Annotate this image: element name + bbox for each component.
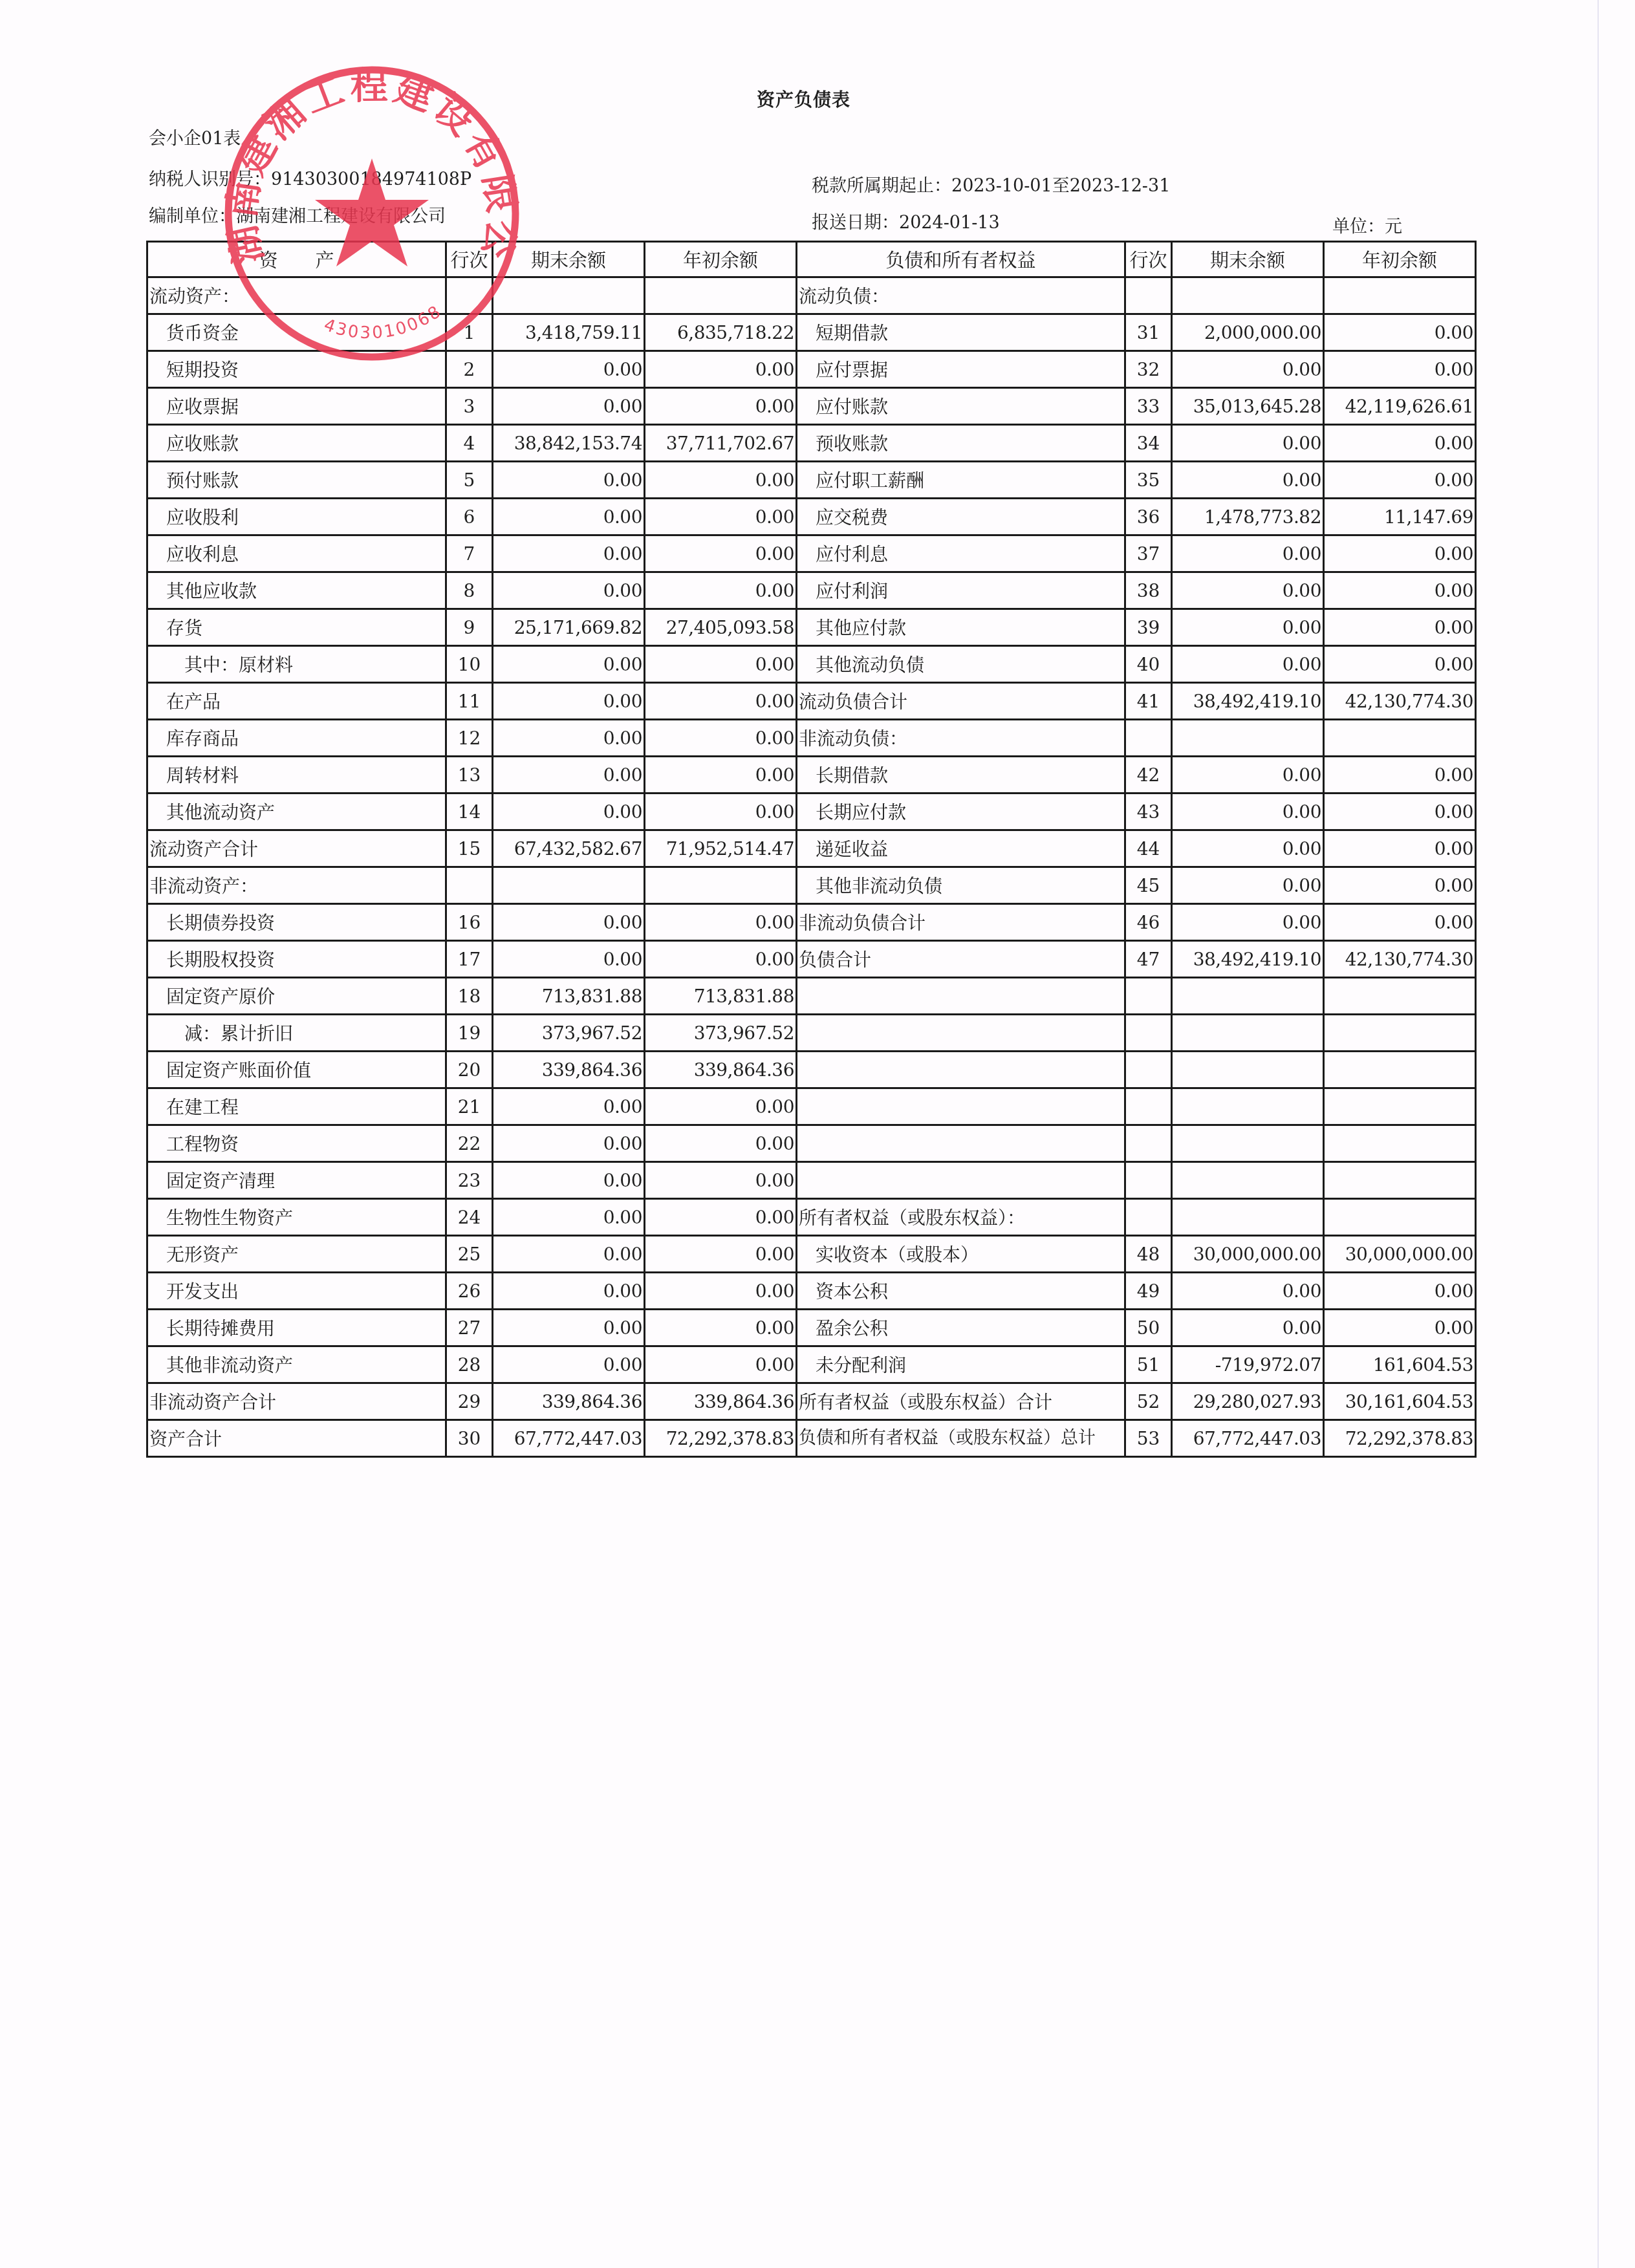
submit-date-label: 报送日期： — [812, 213, 899, 233]
asset-period-end: 0.00 — [493, 1162, 645, 1199]
liability-equity-year-begin — [1324, 720, 1476, 757]
asset-name: 存货 — [147, 609, 446, 646]
asset-year-begin: 0.00 — [645, 499, 797, 535]
asset-line-no: 17 — [446, 941, 493, 978]
liability-equity-line-no: 40 — [1125, 646, 1172, 683]
asset-year-begin: 0.00 — [645, 646, 797, 683]
asset-year-begin: 0.00 — [645, 1310, 797, 1346]
liability-equity-line-no — [1125, 978, 1172, 1015]
table-row: 工程物资220.000.00 — [147, 1125, 1476, 1162]
liability-equity-line-no — [1125, 1015, 1172, 1052]
liability-equity-year-begin: 0.00 — [1324, 535, 1476, 572]
asset-name: 应收票据 — [147, 388, 446, 425]
asset-line-no: 21 — [446, 1088, 493, 1125]
asset-line-no: 15 — [446, 830, 493, 867]
table-row: 其他流动资产140.000.00长期应付款430.000.00 — [147, 794, 1476, 830]
table-row: 在产品110.000.00流动负债合计4138,492,419.1042,130… — [147, 683, 1476, 720]
liability-equity-period-end: 0.00 — [1172, 757, 1324, 794]
asset-line-no: 20 — [446, 1052, 493, 1088]
liability-equity-period-end — [1172, 277, 1324, 314]
table-row: 长期待摊费用270.000.00盈余公积500.000.00 — [147, 1310, 1476, 1346]
liability-equity-name: 预收账款 — [797, 425, 1125, 462]
liability-equity-year-begin: 0.00 — [1324, 572, 1476, 609]
asset-period-end: 0.00 — [493, 388, 645, 425]
asset-period-end: 0.00 — [493, 757, 645, 794]
liability-equity-year-begin — [1324, 1199, 1476, 1236]
liability-equity-line-no: 43 — [1125, 794, 1172, 830]
header-year-begin-left: 年初余额 — [645, 242, 797, 277]
asset-period-end: 0.00 — [493, 720, 645, 757]
liability-equity-line-no — [1125, 1162, 1172, 1199]
liability-equity-name: 其他非流动负债 — [797, 867, 1125, 904]
liability-equity-year-begin: 0.00 — [1324, 1310, 1476, 1346]
liability-equity-year-begin: 0.00 — [1324, 425, 1476, 462]
liability-equity-period-end: 0.00 — [1172, 535, 1324, 572]
liability-equity-line-no — [1125, 277, 1172, 314]
asset-year-begin: 0.00 — [645, 1088, 797, 1125]
asset-line-no: 3 — [446, 388, 493, 425]
liability-equity-year-begin: 72,292,378.83 — [1324, 1420, 1476, 1457]
asset-line-no: 5 — [446, 462, 493, 499]
currency-unit: 单位：元 — [1332, 212, 1402, 237]
asset-name: 周转材料 — [147, 757, 446, 794]
header-period-end-right: 期末余额 — [1172, 242, 1324, 277]
liability-equity-name: 流动负债： — [797, 277, 1125, 314]
asset-name: 应收利息 — [147, 535, 446, 572]
liability-equity-year-begin: 0.00 — [1324, 830, 1476, 867]
asset-period-end: 0.00 — [493, 904, 645, 941]
liability-equity-name: 其他应付款 — [797, 609, 1125, 646]
liability-equity-year-begin — [1324, 1125, 1476, 1162]
liability-equity-year-begin: 11,147.69 — [1324, 499, 1476, 535]
asset-period-end: 0.00 — [493, 1088, 645, 1125]
asset-name: 开发支出 — [147, 1273, 446, 1310]
asset-line-no: 25 — [446, 1236, 493, 1273]
liability-equity-name: 实收资本（或股本） — [797, 1236, 1125, 1273]
asset-line-no: 7 — [446, 535, 493, 572]
liability-equity-line-no: 36 — [1125, 499, 1172, 535]
asset-line-no: 14 — [446, 794, 493, 830]
table-row: 存货925,171,669.8227,405,093.58其他应付款390.00… — [147, 609, 1476, 646]
liability-equity-line-no — [1125, 1052, 1172, 1088]
liability-equity-period-end: 0.00 — [1172, 572, 1324, 609]
liability-equity-line-no — [1125, 1125, 1172, 1162]
table-row: 应收票据30.000.00应付账款3335,013,645.2842,119,6… — [147, 388, 1476, 425]
table-row: 长期股权投资170.000.00负债合计4738,492,419.1042,13… — [147, 941, 1476, 978]
table-row: 短期投资20.000.00应付票据320.000.00 — [147, 351, 1476, 388]
asset-name: 库存商品 — [147, 720, 446, 757]
asset-line-no: 12 — [446, 720, 493, 757]
asset-name: 流动资产： — [147, 277, 446, 314]
asset-line-no: 27 — [446, 1310, 493, 1346]
asset-name: 应收账款 — [147, 425, 446, 462]
asset-name: 长期债券投资 — [147, 904, 446, 941]
liability-equity-period-end: 38,492,419.10 — [1172, 941, 1324, 978]
liability-equity-year-begin: 30,000,000.00 — [1324, 1236, 1476, 1273]
liability-equity-year-begin: 0.00 — [1324, 757, 1476, 794]
liability-equity-line-no: 31 — [1125, 314, 1172, 351]
liability-equity-name: 应付职工薪酬 — [797, 462, 1125, 499]
asset-period-end: 373,967.52 — [493, 1015, 645, 1052]
asset-line-no: 18 — [446, 978, 493, 1015]
asset-line-no — [446, 277, 493, 314]
liability-equity-line-no: 38 — [1125, 572, 1172, 609]
liability-equity-period-end: -719,972.07 — [1172, 1346, 1324, 1383]
liability-equity-year-begin: 0.00 — [1324, 314, 1476, 351]
asset-name: 长期股权投资 — [147, 941, 446, 978]
tax-period-value: 2023-10-01至2023-12-31 — [951, 176, 1170, 196]
liability-equity-name: 盈余公积 — [797, 1310, 1125, 1346]
asset-name: 固定资产原价 — [147, 978, 446, 1015]
asset-line-no: 8 — [446, 572, 493, 609]
asset-line-no: 24 — [446, 1199, 493, 1236]
table-row: 周转材料130.000.00长期借款420.000.00 — [147, 757, 1476, 794]
liability-equity-name: 应交税费 — [797, 499, 1125, 535]
prepared-by: 编制单位：湖南建湘工程建设有限公司 — [149, 202, 446, 227]
table-row: 流动资产合计1567,432,582.6771,952,514.47递延收益44… — [147, 830, 1476, 867]
liability-equity-period-end: 0.00 — [1172, 904, 1324, 941]
liability-equity-name: 未分配利润 — [797, 1346, 1125, 1383]
liability-equity-name — [797, 1052, 1125, 1088]
liability-equity-name: 所有者权益（或股东权益）： — [797, 1199, 1125, 1236]
asset-period-end: 713,831.88 — [493, 978, 645, 1015]
liability-equity-year-begin — [1324, 1052, 1476, 1088]
asset-line-no: 22 — [446, 1125, 493, 1162]
table-body: 流动资产：流动负债：货币资金13,418,759.116,835,718.22短… — [147, 277, 1476, 1457]
liability-equity-year-begin: 161,604.53 — [1324, 1346, 1476, 1383]
asset-period-end — [493, 277, 645, 314]
asset-period-end: 0.00 — [493, 535, 645, 572]
table-row: 货币资金13,418,759.116,835,718.22短期借款312,000… — [147, 314, 1476, 351]
liability-equity-name: 非流动负债： — [797, 720, 1125, 757]
asset-period-end: 25,171,669.82 — [493, 609, 645, 646]
taxpayer-id-value: 91430300184974108P — [271, 169, 471, 189]
liability-equity-name: 非流动负债合计 — [797, 904, 1125, 941]
liability-equity-line-no: 49 — [1125, 1273, 1172, 1310]
asset-name: 其他非流动资产 — [147, 1346, 446, 1383]
asset-year-begin: 0.00 — [645, 1346, 797, 1383]
table-row: 其他应收款80.000.00应付利润380.000.00 — [147, 572, 1476, 609]
table-header-row: 资 产 行次 期末余额 年初余额 负债和所有者权益 行次 期末余额 年初余额 — [147, 242, 1476, 277]
asset-name: 非流动资产： — [147, 867, 446, 904]
liability-equity-name: 流动负债合计 — [797, 683, 1125, 720]
asset-line-no: 6 — [446, 499, 493, 535]
liability-equity-period-end: 0.00 — [1172, 646, 1324, 683]
liability-equity-line-no: 32 — [1125, 351, 1172, 388]
liability-equity-name: 长期应付款 — [797, 794, 1125, 830]
liability-equity-line-no: 48 — [1125, 1236, 1172, 1273]
asset-name: 固定资产账面价值 — [147, 1052, 446, 1088]
liability-equity-year-begin — [1324, 1162, 1476, 1199]
asset-name: 短期投资 — [147, 351, 446, 388]
liability-equity-year-begin: 0.00 — [1324, 646, 1476, 683]
liability-equity-line-no: 42 — [1125, 757, 1172, 794]
asset-line-no: 13 — [446, 757, 493, 794]
asset-year-begin: 72,292,378.83 — [645, 1420, 797, 1457]
prepared-by-label: 编制单位： — [149, 206, 236, 226]
table-row: 应收账款438,842,153.7437,711,702.67预收账款340.0… — [147, 425, 1476, 462]
liability-equity-year-begin: 30,161,604.53 — [1324, 1383, 1476, 1420]
asset-period-end: 67,432,582.67 — [493, 830, 645, 867]
balance-sheet-table: 资 产 行次 期末余额 年初余额 负债和所有者权益 行次 期末余额 年初余额 流… — [146, 241, 1477, 1458]
liability-equity-period-end: 35,013,645.28 — [1172, 388, 1324, 425]
asset-year-begin: 0.00 — [645, 1236, 797, 1273]
liability-equity-name: 应付账款 — [797, 388, 1125, 425]
currency-unit-value: 元 — [1385, 217, 1402, 237]
asset-period-end: 67,772,447.03 — [493, 1420, 645, 1457]
liability-equity-year-begin: 0.00 — [1324, 794, 1476, 830]
asset-year-begin: 339,864.36 — [645, 1052, 797, 1088]
asset-name: 减：累计折旧 — [147, 1015, 446, 1052]
asset-name: 预付账款 — [147, 462, 446, 499]
asset-period-end: 0.00 — [493, 1125, 645, 1162]
asset-line-no: 19 — [446, 1015, 493, 1052]
asset-period-end: 0.00 — [493, 941, 645, 978]
liability-equity-year-begin: 42,130,774.30 — [1324, 941, 1476, 978]
asset-year-begin: 0.00 — [645, 1199, 797, 1236]
liability-equity-year-begin — [1324, 277, 1476, 314]
liability-equity-period-end: 38,492,419.10 — [1172, 683, 1324, 720]
liability-equity-period-end: 29,280,027.93 — [1172, 1383, 1324, 1420]
asset-name: 货币资金 — [147, 314, 446, 351]
liability-equity-line-no: 35 — [1125, 462, 1172, 499]
asset-period-end: 0.00 — [493, 1199, 645, 1236]
liability-equity-year-begin: 42,119,626.61 — [1324, 388, 1476, 425]
asset-year-begin: 373,967.52 — [645, 1015, 797, 1052]
asset-line-no: 16 — [446, 904, 493, 941]
asset-year-begin: 0.00 — [645, 904, 797, 941]
liability-equity-line-no: 37 — [1125, 535, 1172, 572]
asset-year-begin: 27,405,093.58 — [645, 609, 797, 646]
liability-equity-year-begin — [1324, 978, 1476, 1015]
liability-equity-name: 所有者权益（或股东权益）合计 — [797, 1383, 1125, 1420]
liability-equity-period-end: 0.00 — [1172, 425, 1324, 462]
liability-equity-period-end: 2,000,000.00 — [1172, 314, 1324, 351]
liability-equity-year-begin: 0.00 — [1324, 904, 1476, 941]
asset-year-begin: 0.00 — [645, 794, 797, 830]
asset-name: 长期待摊费用 — [147, 1310, 446, 1346]
asset-year-begin: 0.00 — [645, 572, 797, 609]
table-row: 流动资产：流动负债： — [147, 277, 1476, 314]
asset-period-end: 339,864.36 — [493, 1052, 645, 1088]
asset-period-end: 0.00 — [493, 1346, 645, 1383]
asset-period-end: 0.00 — [493, 794, 645, 830]
liability-equity-line-no — [1125, 1088, 1172, 1125]
asset-year-begin: 71,952,514.47 — [645, 830, 797, 867]
liability-equity-line-no: 41 — [1125, 683, 1172, 720]
asset-year-begin: 713,831.88 — [645, 978, 797, 1015]
asset-name: 固定资产清理 — [147, 1162, 446, 1199]
header-year-begin-right: 年初余额 — [1324, 242, 1476, 277]
table-row: 非流动资产：其他非流动负债450.000.00 — [147, 867, 1476, 904]
taxpayer-id: 纳税人识别号：91430300184974108P — [149, 165, 471, 190]
asset-name: 在产品 — [147, 683, 446, 720]
liability-equity-year-begin: 0.00 — [1324, 351, 1476, 388]
liability-equity-period-end: 0.00 — [1172, 830, 1324, 867]
asset-year-begin: 0.00 — [645, 720, 797, 757]
liability-equity-period-end: 30,000,000.00 — [1172, 1236, 1324, 1273]
asset-period-end: 339,864.36 — [493, 1383, 645, 1420]
table-row: 减：累计折旧19373,967.52373,967.52 — [147, 1015, 1476, 1052]
liability-equity-name — [797, 978, 1125, 1015]
prepared-by-value: 湖南建湘工程建设有限公司 — [236, 206, 446, 226]
table-row: 在建工程210.000.00 — [147, 1088, 1476, 1125]
liability-equity-year-begin: 0.00 — [1324, 462, 1476, 499]
liability-equity-period-end: 0.00 — [1172, 351, 1324, 388]
liability-equity-year-begin: 0.00 — [1324, 609, 1476, 646]
asset-name: 应收股利 — [147, 499, 446, 535]
page-title: 资产负债表 — [757, 86, 850, 112]
currency-unit-label: 单位： — [1332, 217, 1385, 237]
header-liabilities-equity: 负债和所有者权益 — [797, 242, 1125, 277]
table-row: 资产合计3067,772,447.0372,292,378.83负债和所有者权益… — [147, 1420, 1476, 1457]
asset-name: 其他应收款 — [147, 572, 446, 609]
submit-date-value: 2024-01-13 — [899, 213, 1000, 233]
liability-equity-year-begin — [1324, 1015, 1476, 1052]
asset-line-no: 10 — [446, 646, 493, 683]
liability-equity-name — [797, 1162, 1125, 1199]
asset-period-end: 0.00 — [493, 572, 645, 609]
asset-line-no: 30 — [446, 1420, 493, 1457]
asset-period-end: 0.00 — [493, 683, 645, 720]
asset-period-end: 38,842,153.74 — [493, 425, 645, 462]
asset-period-end: 0.00 — [493, 462, 645, 499]
asset-line-no: 26 — [446, 1273, 493, 1310]
liability-equity-year-begin — [1324, 1088, 1476, 1125]
liability-equity-name: 负债合计 — [797, 941, 1125, 978]
asset-year-begin: 0.00 — [645, 351, 797, 388]
asset-year-begin: 0.00 — [645, 388, 797, 425]
liability-equity-period-end: 0.00 — [1172, 462, 1324, 499]
asset-period-end: 0.00 — [493, 646, 645, 683]
liability-equity-name — [797, 1015, 1125, 1052]
tax-period-label: 税款所属期起止： — [812, 176, 951, 196]
asset-line-no: 1 — [446, 314, 493, 351]
table-row: 应收股利60.000.00应交税费361,478,773.8211,147.69 — [147, 499, 1476, 535]
table-row: 其他非流动资产280.000.00未分配利润51-719,972.07161,6… — [147, 1346, 1476, 1383]
header-assets: 资 产 — [147, 242, 446, 277]
liability-equity-name — [797, 1088, 1125, 1125]
form-code: 会小企01表 — [149, 124, 241, 149]
liability-equity-period-end — [1172, 1088, 1324, 1125]
liability-equity-name: 资本公积 — [797, 1273, 1125, 1310]
asset-year-begin: 6,835,718.22 — [645, 314, 797, 351]
asset-name: 流动资产合计 — [147, 830, 446, 867]
header-line-right: 行次 — [1125, 242, 1172, 277]
liability-equity-name — [797, 1125, 1125, 1162]
table-row: 非流动资产合计29339,864.36339,864.36所有者权益（或股东权益… — [147, 1383, 1476, 1420]
liability-equity-name: 应付票据 — [797, 351, 1125, 388]
liability-equity-period-end — [1172, 1162, 1324, 1199]
liability-equity-line-no: 44 — [1125, 830, 1172, 867]
asset-year-begin: 0.00 — [645, 1273, 797, 1310]
asset-year-begin: 0.00 — [645, 462, 797, 499]
table-row: 库存商品120.000.00非流动负债： — [147, 720, 1476, 757]
asset-year-begin: 37,711,702.67 — [645, 425, 797, 462]
liability-equity-line-no: 33 — [1125, 388, 1172, 425]
table-row: 预付账款50.000.00应付职工薪酬350.000.00 — [147, 462, 1476, 499]
asset-period-end: 3,418,759.11 — [493, 314, 645, 351]
asset-line-no: 29 — [446, 1383, 493, 1420]
asset-year-begin: 0.00 — [645, 683, 797, 720]
asset-year-begin: 0.00 — [645, 757, 797, 794]
table-row: 开发支出260.000.00资本公积490.000.00 — [147, 1273, 1476, 1310]
asset-year-begin — [645, 277, 797, 314]
asset-period-end: 0.00 — [493, 1310, 645, 1346]
liability-equity-name: 负债和所有者权益（或股东权益）总计 — [797, 1420, 1125, 1457]
liability-equity-line-no: 51 — [1125, 1346, 1172, 1383]
asset-name: 其中：原材料 — [147, 646, 446, 683]
asset-year-begin — [645, 867, 797, 904]
asset-year-begin: 0.00 — [645, 1125, 797, 1162]
asset-line-no: 9 — [446, 609, 493, 646]
header-period-end-left: 期末余额 — [493, 242, 645, 277]
liability-equity-name: 长期借款 — [797, 757, 1125, 794]
liability-equity-period-end — [1172, 1052, 1324, 1088]
asset-period-end: 0.00 — [493, 351, 645, 388]
taxpayer-id-label: 纳税人识别号： — [149, 169, 271, 189]
asset-name: 无形资产 — [147, 1236, 446, 1273]
liability-equity-period-end — [1172, 1125, 1324, 1162]
table-row: 应收利息70.000.00应付利息370.000.00 — [147, 535, 1476, 572]
asset-line-no: 2 — [446, 351, 493, 388]
liability-equity-period-end: 67,772,447.03 — [1172, 1420, 1324, 1457]
liability-equity-line-no: 39 — [1125, 609, 1172, 646]
liability-equity-line-no — [1125, 720, 1172, 757]
liability-equity-line-no: 45 — [1125, 867, 1172, 904]
asset-year-begin: 0.00 — [645, 941, 797, 978]
liability-equity-name: 短期借款 — [797, 314, 1125, 351]
liability-equity-period-end — [1172, 720, 1324, 757]
liability-equity-name: 应付利息 — [797, 535, 1125, 572]
liability-equity-year-begin: 0.00 — [1324, 1273, 1476, 1310]
header-line-left: 行次 — [446, 242, 493, 277]
liability-equity-line-no: 46 — [1125, 904, 1172, 941]
liability-equity-line-no: 53 — [1125, 1420, 1172, 1457]
liability-equity-line-no: 34 — [1125, 425, 1172, 462]
table-row: 固定资产原价18713,831.88713,831.88 — [147, 978, 1476, 1015]
asset-period-end — [493, 867, 645, 904]
asset-year-begin: 0.00 — [645, 1162, 797, 1199]
asset-line-no: 11 — [446, 683, 493, 720]
liability-equity-line-no — [1125, 1199, 1172, 1236]
liability-equity-name: 递延收益 — [797, 830, 1125, 867]
table-row: 长期债券投资160.000.00非流动负债合计460.000.00 — [147, 904, 1476, 941]
liability-equity-period-end: 0.00 — [1172, 867, 1324, 904]
page-edge — [1597, 0, 1599, 2268]
liability-equity-period-end: 0.00 — [1172, 609, 1324, 646]
asset-year-begin: 339,864.36 — [645, 1383, 797, 1420]
liability-equity-period-end — [1172, 1015, 1324, 1052]
table-row: 固定资产账面价值20339,864.36339,864.36 — [147, 1052, 1476, 1088]
asset-line-no — [446, 867, 493, 904]
liability-equity-name: 应付利润 — [797, 572, 1125, 609]
liability-equity-period-end — [1172, 978, 1324, 1015]
liability-equity-line-no: 50 — [1125, 1310, 1172, 1346]
liability-equity-period-end — [1172, 1199, 1324, 1236]
asset-name: 其他流动资产 — [147, 794, 446, 830]
asset-name: 工程物资 — [147, 1125, 446, 1162]
table-row: 无形资产250.000.00实收资本（或股本）4830,000,000.0030… — [147, 1236, 1476, 1273]
liability-equity-period-end: 0.00 — [1172, 1310, 1324, 1346]
asset-name: 在建工程 — [147, 1088, 446, 1125]
liability-equity-line-no: 52 — [1125, 1383, 1172, 1420]
table-row: 生物性生物资产240.000.00所有者权益（或股东权益）： — [147, 1199, 1476, 1236]
asset-name: 非流动资产合计 — [147, 1383, 446, 1420]
liability-equity-name: 其他流动负债 — [797, 646, 1125, 683]
liability-equity-period-end: 0.00 — [1172, 1273, 1324, 1310]
liability-equity-line-no: 47 — [1125, 941, 1172, 978]
